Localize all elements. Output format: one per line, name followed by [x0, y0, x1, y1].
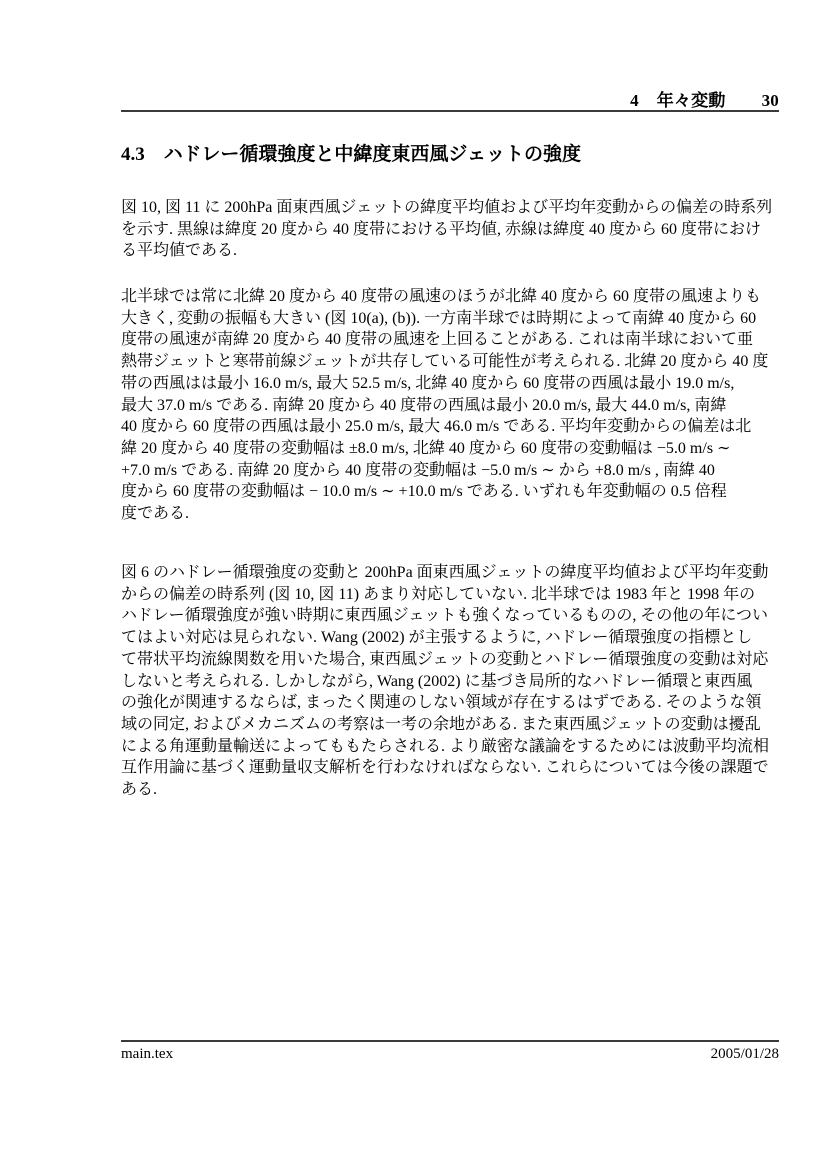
paragraph-1: 図 10, 図 11 に 200hPa 面東西風ジェットの緯度平均値および平均年… — [121, 197, 781, 262]
text-line: 互作用論に基づく運動量収支解析を行わなければならない. これらについては今後の課… — [121, 757, 781, 779]
header-section-title: 年々変動 — [657, 86, 726, 111]
text-line: 最大 37.0 m/s である. 南緯 20 度から 40 度帯の西風は最小 2… — [121, 395, 781, 417]
page-footer: main.tex 2005/01/28 — [121, 1046, 779, 1063]
text-line: ハドレー循環強度が強い時期に東西風ジェットも強くなっているものの, その他の年に… — [121, 605, 781, 627]
paragraph-3: 図 6 のハドレー循環強度の変動と 200hPa 面東西風ジェットの緯度平均値お… — [121, 562, 781, 801]
text-line: 度帯の風速が南緯 20 度から 40 度帯の風速を上回ることがある. これは南半… — [121, 329, 781, 351]
text-line: の強化が関連するならば, まったく関連のしない領域が存在するはずである. そのよ… — [121, 692, 781, 714]
text-line: 帯の西風はは最小 16.0 m/s, 最大 52.5 m/s, 北緯 40 度か… — [121, 373, 781, 395]
text-line: 図 10, 図 11 に 200hPa 面東西風ジェットの緯度平均値および平均年… — [121, 197, 781, 219]
text-line: 北半球では常に北緯 20 度から 40 度帯の風速のほうが北緯 40 度から 6… — [121, 286, 781, 308]
text-line: による角運動量輸送によってももたらされる. より厳密な議論をするためには波動平均… — [121, 736, 781, 758]
section-heading-number: 4.3 — [121, 144, 145, 166]
header-section-number: 4 — [630, 91, 639, 111]
text-line: からの偏差の時系列 (図 10, 図 11) あまり対応していない. 北半球では… — [121, 584, 781, 606]
text-line: 度である. — [121, 503, 781, 525]
header-page-number: 30 — [762, 91, 779, 111]
text-line: 緯 20 度から 40 度帯の変動幅は ±8.0 m/s, 北緯 40 度から … — [121, 438, 781, 460]
header-rule — [121, 110, 779, 112]
text-line: を示す. 黒線は緯度 20 度から 40 度帯における平均値, 赤線は緯度 40… — [121, 219, 781, 241]
text-line: 大きく, 変動の振幅も大きい (図 10(a), (b)). 一方南半球では時期… — [121, 308, 781, 330]
section-heading: 4.3 ハドレー循環強度と中緯度東西風ジェットの強度 — [121, 139, 581, 166]
text-line: 40 度から 60 度帯の西風は最小 25.0 m/s, 最大 46.0 m/s… — [121, 416, 781, 438]
section-heading-title: ハドレー循環強度と中緯度東西風ジェットの強度 — [164, 139, 581, 166]
text-line: る平均値である. — [121, 240, 781, 262]
text-line: 図 6 のハドレー循環強度の変動と 200hPa 面東西風ジェットの緯度平均値お… — [121, 562, 781, 584]
text-line: 度から 60 度帯の変動幅は − 10.0 m/s ∼ +10.0 m/s であ… — [121, 481, 781, 503]
text-line: ある. — [121, 779, 781, 801]
document-page: 4 年々変動 30 4.3 ハドレー循環強度と中緯度東西風ジェットの強度 図 1… — [0, 0, 826, 1169]
running-header: 4 年々変動 30 — [121, 86, 779, 111]
footer-rule — [121, 1040, 779, 1042]
text-line: てはよい対応は見られない. Wang (2002) が主張するように, ハドレー… — [121, 627, 781, 649]
text-line: しないと考えられる. しかしながら, Wang (2002) に基づき局所的なハ… — [121, 671, 781, 693]
text-line: て帯状平均流線関数を用いた場合, 東西風ジェットの変動とハドレー循環強度の変動は… — [121, 649, 781, 671]
footer-date: 2005/01/28 — [711, 1046, 779, 1063]
text-line: 熱帯ジェットと寒帯前線ジェットが共存している可能性が考えられる. 北緯 20 度… — [121, 351, 781, 373]
text-line: 域の同定, およびメカニズムの考察は一考の余地がある. また東西風ジェットの変動… — [121, 714, 781, 736]
footer-filename: main.tex — [121, 1046, 173, 1063]
text-line: +7.0 m/s である. 南緯 20 度から 40 度帯の変動幅は −5.0 … — [121, 460, 781, 482]
paragraph-2: 北半球では常に北緯 20 度から 40 度帯の風速のほうが北緯 40 度から 6… — [121, 286, 781, 525]
